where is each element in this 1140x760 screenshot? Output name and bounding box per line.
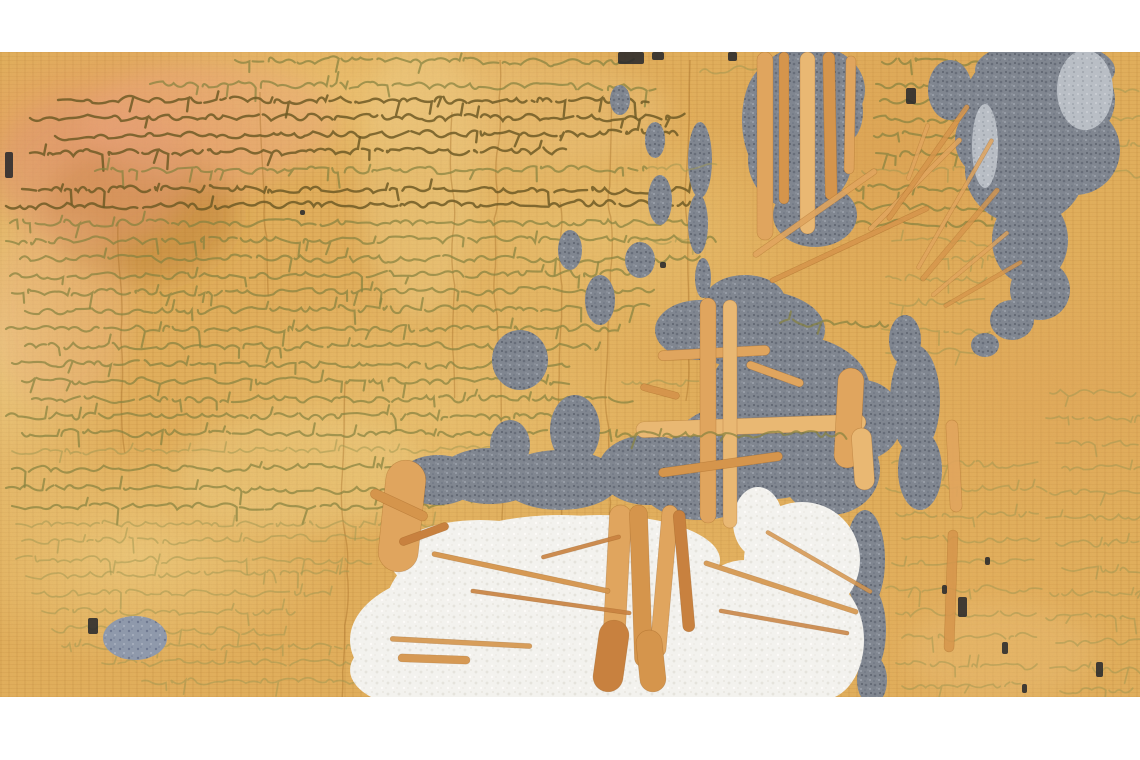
letterbox-top bbox=[0, 0, 1140, 52]
lacuna-bottom-left bbox=[103, 616, 167, 660]
papyrus-photo bbox=[0, 52, 1140, 697]
letterbox-bottom bbox=[0, 697, 1140, 760]
papyrus-detail-overlay bbox=[0, 52, 1140, 697]
